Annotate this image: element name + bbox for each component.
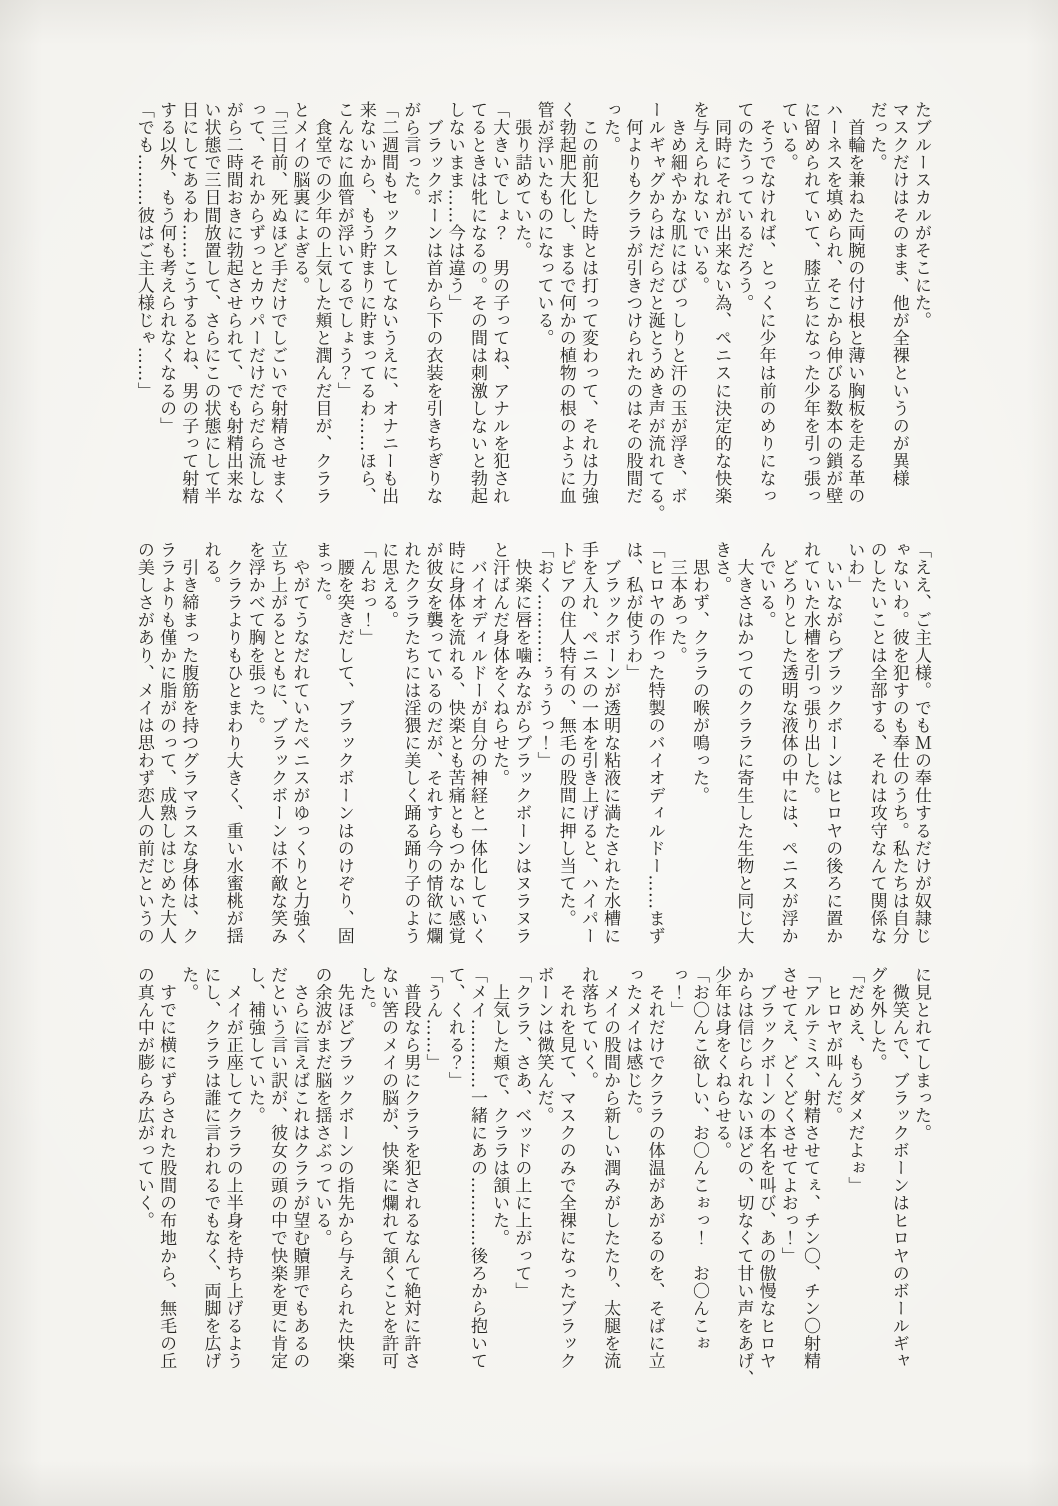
text-column: ハーネスを填められ、そこから伸びる数本の鎖が壁 — [821, 101, 843, 537]
text-column: て、くれる？」 — [444, 966, 466, 1420]
text-column: ボーンは微笑んだ。 — [532, 966, 554, 1420]
text-column: ったメイは感じた。 — [621, 966, 643, 1420]
text-column: が彼女を襲っているのだが、それすら今の情欲に爛 — [421, 541, 443, 971]
scanned-novel-page: { "page": { "background": "#f4f3ef", "te… — [0, 0, 1058, 1506]
text-column: 快楽に唇を噛みながらブラックボーンはヌラヌラ — [510, 541, 532, 971]
text-column: と汗ばんだ身体をくねらせた。 — [488, 541, 510, 971]
text-column: この前犯した時とは打って変わって、それは力強 — [577, 101, 599, 537]
text-column: を与えられないでいる。 — [688, 101, 710, 537]
text-column: の余波がまだ脳を揺さぶっている。 — [310, 966, 332, 1420]
text-column: ている。 — [777, 101, 799, 537]
text-column: は、私が使うわ」 — [621, 541, 643, 971]
text-column: 「三日前、死ぬほど手だけでしごいで射精させまく — [266, 101, 288, 537]
text-column: 手を入れ、ペニスの一本を引き上げると、ハイパー — [577, 541, 599, 971]
text-column: した。 — [355, 966, 377, 1420]
text-column: っ！」 — [666, 966, 688, 1420]
text-column: とメイの脳裏によぎる。 — [288, 101, 310, 537]
text-column: い状態で三日間放置して、さらにこの状態にして半 — [199, 101, 221, 537]
text-block-middle: 「ええ、ご主人様。でもＭの奉仕するだけが奴隷じゃないわ。彼を犯すのも奉仕のうち。… — [133, 541, 932, 971]
text-column: グを外した。 — [865, 966, 887, 1420]
text-column: ゃないわ。彼を犯すのも奉仕のうち。私たちは自分 — [888, 541, 910, 971]
text-column: だった。 — [865, 101, 887, 537]
text-column: 「だめえ、もうダメだよぉ」 — [843, 966, 865, 1420]
text-block-top: たブルースカルがそこにた。マスクだけはそのまま、他が全裸というのが異様だった。 … — [133, 101, 932, 537]
text-column: てるときは牝になるの。その間は刺激しないと勃起 — [466, 101, 488, 537]
text-column: 大きさはかつてのクララに寄生した生物と同じ大 — [732, 541, 754, 971]
text-column: 来ないから、もう貯まりに貯まってるわ……ほら、 — [355, 101, 377, 537]
text-column: メイの股間から新しい潤みがしたたり、太腿を流 — [599, 966, 621, 1420]
text-column: 同時にそれが出来ない為、ペニスに決定的な快楽 — [710, 101, 732, 537]
text-column: に思える。 — [377, 541, 399, 971]
text-column: を浮かべて胸を張った。 — [244, 541, 266, 971]
text-column: バイオディルドーが自分の神経と一体化していく — [466, 541, 488, 971]
text-column: やがてうなだれていたペニスがゆっくりと力強く — [288, 541, 310, 971]
text-column: の美しさがあり、メイは思わず恋人の前だというの — [133, 541, 155, 971]
text-column: 「でも………彼はご主人様じゃ……」 — [133, 101, 155, 537]
text-column: 引き締まった腹筋を持つグラマラスな身体は、ク — [177, 541, 199, 971]
text-column: た。 — [177, 966, 199, 1420]
text-column: まった。 — [310, 541, 332, 971]
text-column: クララよりもひとまわり大きく、重い水蜜桃が揺 — [222, 541, 244, 971]
text-column: 普段なら男にクララを犯されるなんて絶対に許さ — [399, 966, 421, 1420]
text-column: 先ほどブラックボーンの指先から与えられた快楽 — [333, 966, 355, 1420]
text-column: って、それからずっとカウパーだけだらだら流しな — [244, 101, 266, 537]
text-column: れていた水槽を引っ張り出した。 — [799, 541, 821, 971]
text-column: 「んおっ！」 — [355, 541, 377, 971]
text-column: 首輪を兼ねた両腕の付け根と薄い胸板を走る革の — [843, 101, 865, 537]
text-column: 微笑んで、ブラックボーンはヒロヤのボールギャ — [888, 966, 910, 1420]
text-column: てのたうっているだろう。 — [732, 101, 754, 537]
text-column: いわ」 — [843, 541, 865, 971]
text-column: 「お〇んこ欲しい、お〇んこぉっ！ お〇んこぉ — [688, 966, 710, 1420]
text-column: 立ち上がるとともに、ブラックボーンは不敵な笑み — [266, 541, 288, 971]
text-column: きさ。 — [710, 541, 732, 971]
text-column: ない筈のメイの脳が、快楽に爛れて頷くことを許可 — [377, 966, 399, 1420]
text-column: のしたいことは全部する、それは攻守なんて関係な — [865, 541, 887, 971]
text-column: 「おく…………ぅぅうっ！」 — [532, 541, 554, 971]
text-column: く勃起肥大化し、まるで何かの植物の根のように血 — [555, 101, 577, 537]
text-column: 食堂での少年の上気した頬と潤んだ目が、クララ — [310, 101, 332, 537]
text-column: からは信じられないほどの、切なくて甘い声をあげ、 — [732, 966, 754, 1420]
text-column: どろりとした透明な液体の中には、ペニスが浮か — [777, 541, 799, 971]
text-column: の真ん中が膨らみ広がっていく。 — [133, 966, 155, 1420]
text-column: さらに言えばこれはクララが望む贖罪でもあるの — [288, 966, 310, 1420]
text-column: ララよりも僅かに脂がのって、成熟しはじめた大人 — [155, 541, 177, 971]
text-column: 上気した頬で、クララは頷いた。 — [488, 966, 510, 1420]
text-column: ブラックボーンは首から下の衣装を引きちぎりな — [421, 101, 443, 537]
text-column: 管が浮いたものになっている。 — [532, 101, 554, 537]
text-column: メイが正座してクララの上半身を持ち上げるよう — [222, 966, 244, 1420]
text-column: だという言い訳が、彼女の頭の中で快楽を更に肯定 — [266, 966, 288, 1420]
text-column: ールギャグからはだらだと涎とうめき声が流れてる。 — [643, 101, 665, 537]
text-column: マスクだけはそのまま、他が全裸というのが異様 — [888, 101, 910, 537]
text-column: がら二時間おきに勃起させられて、でも射精出来な — [222, 101, 244, 537]
text-column: 「メイ…………一緒にあの…………後ろから抱いて — [466, 966, 488, 1420]
text-column: れる。 — [199, 541, 221, 971]
text-column: こんなに血管が浮いてるでしょう？」 — [333, 101, 355, 537]
text-column: 日にしてあるわ……こうするとね、男の子って射精 — [177, 101, 199, 537]
text-column: ブラックボーンの本名を叫び、あの傲慢なヒロヤ — [754, 966, 776, 1420]
text-column: 「ええ、ご主人様。でもＭの奉仕するだけが奴隷じ — [910, 541, 932, 971]
text-column: にし、クララは誰に言われるでもなく、両脚を広げ — [199, 966, 221, 1420]
text-column: 「うん……」 — [421, 966, 443, 1420]
text-column: った。 — [599, 101, 621, 537]
text-column: 張り詰めていた。 — [510, 101, 532, 537]
text-column: そうでなければ、とっくに少年は前のめりになっ — [754, 101, 776, 537]
text-column: きめ細やかな肌にはびっしりと汗の玉が浮き、ボ — [666, 101, 688, 537]
text-column: それだけでクララの体温があがるのを、そばに立 — [643, 966, 665, 1420]
text-column: させてえ、どくどくさせてよおっ！」 — [777, 966, 799, 1420]
text-column: 三本あった。 — [666, 541, 688, 971]
text-column: それを見て、マスクのみで全裸になったブラック — [555, 966, 577, 1420]
text-column: れたクララたちには淫猥に美しく踊る踊り子のよう — [399, 541, 421, 971]
text-column: 「アルテミス、射精させてぇ、チン〇、チン〇射精 — [799, 966, 821, 1420]
text-column: 「二週間もセックスしてないうえに、オナニーも出 — [377, 101, 399, 537]
text-column: んでいる。 — [754, 541, 776, 971]
text-column: に留められていて、膝立ちになった少年を引っ張っ — [799, 101, 821, 537]
text-column: する以外、もう何も考えられなくなるの」 — [155, 101, 177, 537]
text-column: 「ヒロヤの作った特製のバイオディルドー……まず — [643, 541, 665, 971]
text-column: 思わず、クララの喉が鳴った。 — [688, 541, 710, 971]
text-column: し、補強していた。 — [244, 966, 266, 1420]
text-block-bottom: に見とれてしまった。 微笑んで、ブラックボーンはヒロヤのボールギャグを外した。「… — [133, 966, 932, 1420]
text-column: たブルースカルがそこにた。 — [910, 101, 932, 537]
text-column: 腰を突きだして、ブラックボーンはのけぞり、固 — [333, 541, 355, 971]
text-column: いいながらブラックボーンはヒロヤの後ろに置か — [821, 541, 843, 971]
text-column: 少年は身をくねらせる。 — [710, 966, 732, 1420]
text-column: 時に身体を流れる、快楽とも苦痛ともつかない感覚 — [444, 541, 466, 971]
text-column: ヒロヤが叫んだ。 — [821, 966, 843, 1420]
text-column: 「クララ、さあ、ベッドの上に上がって」 — [510, 966, 532, 1420]
text-column: に見とれてしまった。 — [910, 966, 932, 1420]
text-column: 何よりもクララが引きつけられたのはその股間だ — [621, 101, 643, 537]
text-column: すでに横にずらされた股間の布地から、無毛の丘 — [155, 966, 177, 1420]
text-column: トピアの住人特有の、無毛の股間に押し当てた。 — [555, 541, 577, 971]
text-column: しないまま……今は違う」 — [444, 101, 466, 537]
text-column: れ落ちていく。 — [577, 966, 599, 1420]
text-column: 「大きいでしょ？ 男の子ってね、アナルを犯され — [488, 101, 510, 537]
text-column: ブラックボーンが透明な粘液に満たされた水槽に — [599, 541, 621, 971]
text-column: がら言った。 — [399, 101, 421, 537]
